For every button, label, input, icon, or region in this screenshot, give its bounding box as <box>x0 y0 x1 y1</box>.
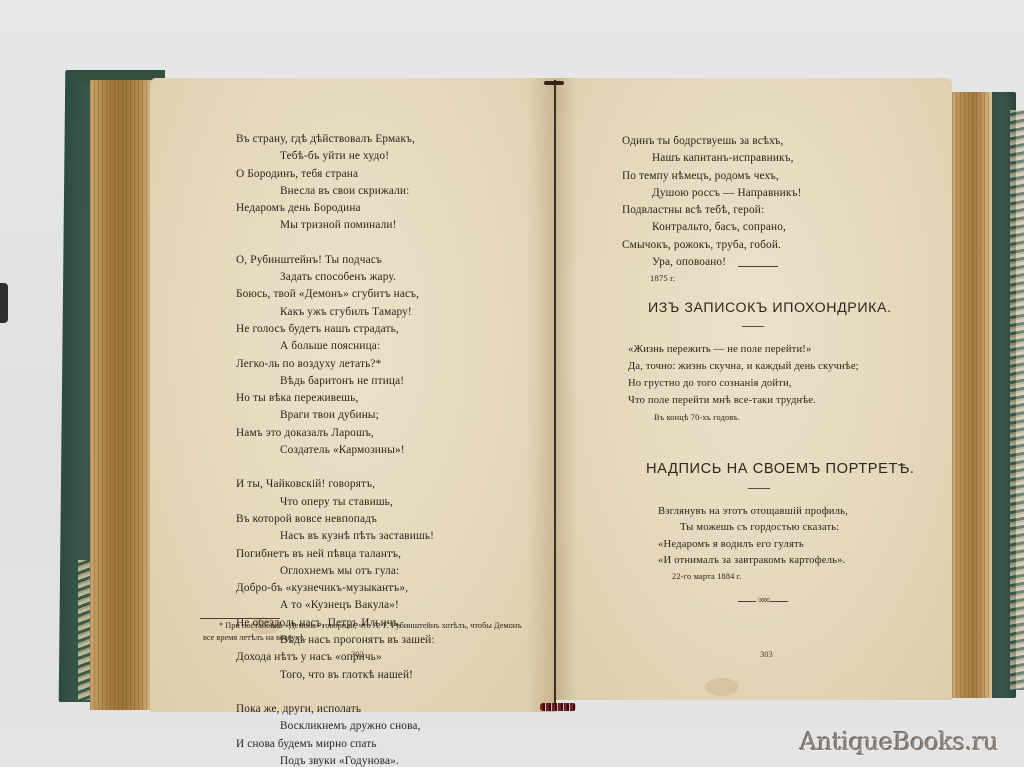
verse-line: Боюсь, твой «Демонъ» сгубитъ насъ, <box>236 286 435 303</box>
poem-date: Въ концѣ 70-хъ годовъ. <box>628 409 859 426</box>
verse-line: Въ которой вовсе невпопадъ <box>236 511 435 528</box>
verse-line: И снова будемъ мирно спать <box>236 736 435 753</box>
title-rule <box>742 326 764 327</box>
foxing-stain <box>705 678 739 696</box>
verse-line: Подвластны всѣ тебѣ, герой: <box>622 202 801 219</box>
photo-scene: Въ страну, гдѣ дѣйствовалъ Ермакъ, Тебѣ-… <box>0 0 1024 767</box>
verse-line: Насъ въ кузнѣ пѣть заставишь! <box>236 528 435 545</box>
page-number-left: 302 <box>351 649 364 659</box>
poem-title-hypochondriac: ИЗЪ ЗАПИСОКЪ ИПОХОНДРИКА. <box>648 300 892 316</box>
verse-line: Одинъ ты бодрствуешь за всѣхъ, <box>622 133 801 150</box>
verse-line: Ты можешь съ гордостью сказать: <box>658 519 848 535</box>
verse-line: Душою россъ — Направникъ! <box>622 185 801 202</box>
verse-line: Что поле перейти мнѣ все-таки труднѣе. <box>628 392 859 409</box>
verse-line: Нашъ капитанъ-исправникъ, <box>622 150 801 167</box>
verse-line: Внесла въ свои скрижали: <box>236 183 435 200</box>
footnote: * При постановкѣ «Демона» говорили, что … <box>203 620 533 644</box>
verse-line: Недаромъ день Бородина <box>236 200 435 217</box>
verse-line: «Недаромъ я водилъ его гулять <box>658 536 848 552</box>
verse-line: Вѣдь баритонъ не птица! <box>236 373 435 390</box>
verse-line: «И отнималъ за завтракомъ картофель». <box>658 552 848 568</box>
title-rule <box>748 488 770 489</box>
page-number-right: 303 <box>760 649 773 659</box>
verse-line: О, Рубинштейнъ! Ты подчасъ <box>236 252 435 269</box>
verse-line: Задать способенъ жару. <box>236 269 435 286</box>
verse-line: О Бородинъ, тебя страна <box>236 166 435 183</box>
book-gutter <box>554 80 556 705</box>
verse-line: Оглохнемъ мы отъ гула: <box>236 563 435 580</box>
verse-line: По темпу нѣмецъ, родомъ чехъ, <box>622 168 801 185</box>
verse-line: Мы тризной поминали! <box>236 217 435 234</box>
footnote-rule <box>200 618 280 619</box>
poem-date: 1875 г. <box>622 271 801 286</box>
verse-line: «Жизнь пережить — не поле перейти!» <box>628 341 859 358</box>
page-edges-right <box>948 92 992 698</box>
left-page-poem: Въ страну, гдѣ дѣйствовалъ Ермакъ, Тебѣ-… <box>236 131 435 767</box>
verse-line: Ура, оповоано! <box>622 254 801 271</box>
dark-object <box>0 283 8 323</box>
verse-line: Но ты вѣка переживешь, <box>236 390 435 407</box>
right-page-poem-2: «Жизнь пережить — не поле перейти!» Да, … <box>628 341 859 426</box>
verse-line: Того, что въ глоткѣ нашей! <box>236 667 435 684</box>
poem-title-portrait: НАДПИСЬ НА СВОЕМЪ ПОРТРЕТѢ. <box>646 461 915 477</box>
headband-bottom <box>540 703 576 711</box>
verse-line: Пока же, други, исполать <box>236 701 435 718</box>
verse-line: Легко-ль по воздуху летать?* <box>236 356 435 373</box>
verse-line: Намъ это доказалъ Ларошъ, <box>236 425 435 442</box>
verse-line: Но грустно до того сознанія дойти, <box>628 375 859 392</box>
section-divider <box>738 266 778 267</box>
verse-line: Добро-бъ «кузнечикъ-музыкантъ», <box>236 580 435 597</box>
right-page-poem-1: Одинъ ты бодрствуешь за всѣхъ, Нашъ капи… <box>622 133 801 286</box>
verse-line: Да, точно: жизнь скучна, и каждый день с… <box>628 358 859 375</box>
verse-line: Смычокъ, рожокъ, труба, гобой. <box>622 237 801 254</box>
verse-line: Тебѣ-бъ уйти не худо! <box>236 148 435 165</box>
end-ornament-icon: ∞∞ <box>738 596 788 606</box>
verse-line: Что оперу ты ставишь, <box>236 494 435 511</box>
verse-line: Враги твои дубины; <box>236 407 435 424</box>
page-edges-left <box>90 80 152 710</box>
verse-line: Создатель «Кармозины»! <box>236 442 435 459</box>
verse-line: Въ страну, гдѣ дѣйствовалъ Ермакъ, <box>236 131 435 148</box>
marbled-endpaper-right <box>1010 110 1024 690</box>
verse-line: А то «Кузнецъ Вакула»! <box>236 597 435 614</box>
verse-line: Подъ звуки «Годунова». <box>236 753 435 767</box>
right-page-poem-3: Взглянувъ на этотъ отощавшій профиль, Ты… <box>658 503 848 585</box>
verse-line: Какъ ужъ сгубилъ Тамару! <box>236 304 435 321</box>
poem-date: 22-го марта 1884 г. <box>658 568 848 585</box>
verse-line: Не голосъ будетъ нашъ страдать, <box>236 321 435 338</box>
verse-line: Погибнетъ въ ней пѣвца талантъ, <box>236 546 435 563</box>
verse-line: Взглянувъ на этотъ отощавшій профиль, <box>658 503 848 519</box>
verse-line: Дохода нѣтъ у насъ «опричь» <box>236 649 435 666</box>
verse-line: И ты, Чайковскій! говорятъ, <box>236 476 435 493</box>
verse-line: Контральто, басъ, сопрано, <box>622 219 801 236</box>
watermark: AntiqueBooks.ru <box>800 728 999 756</box>
verse-line: Воскликнемъ дружно снова, <box>236 718 435 735</box>
headband-top <box>544 81 564 85</box>
verse-line: А больше поясница: <box>236 338 435 355</box>
